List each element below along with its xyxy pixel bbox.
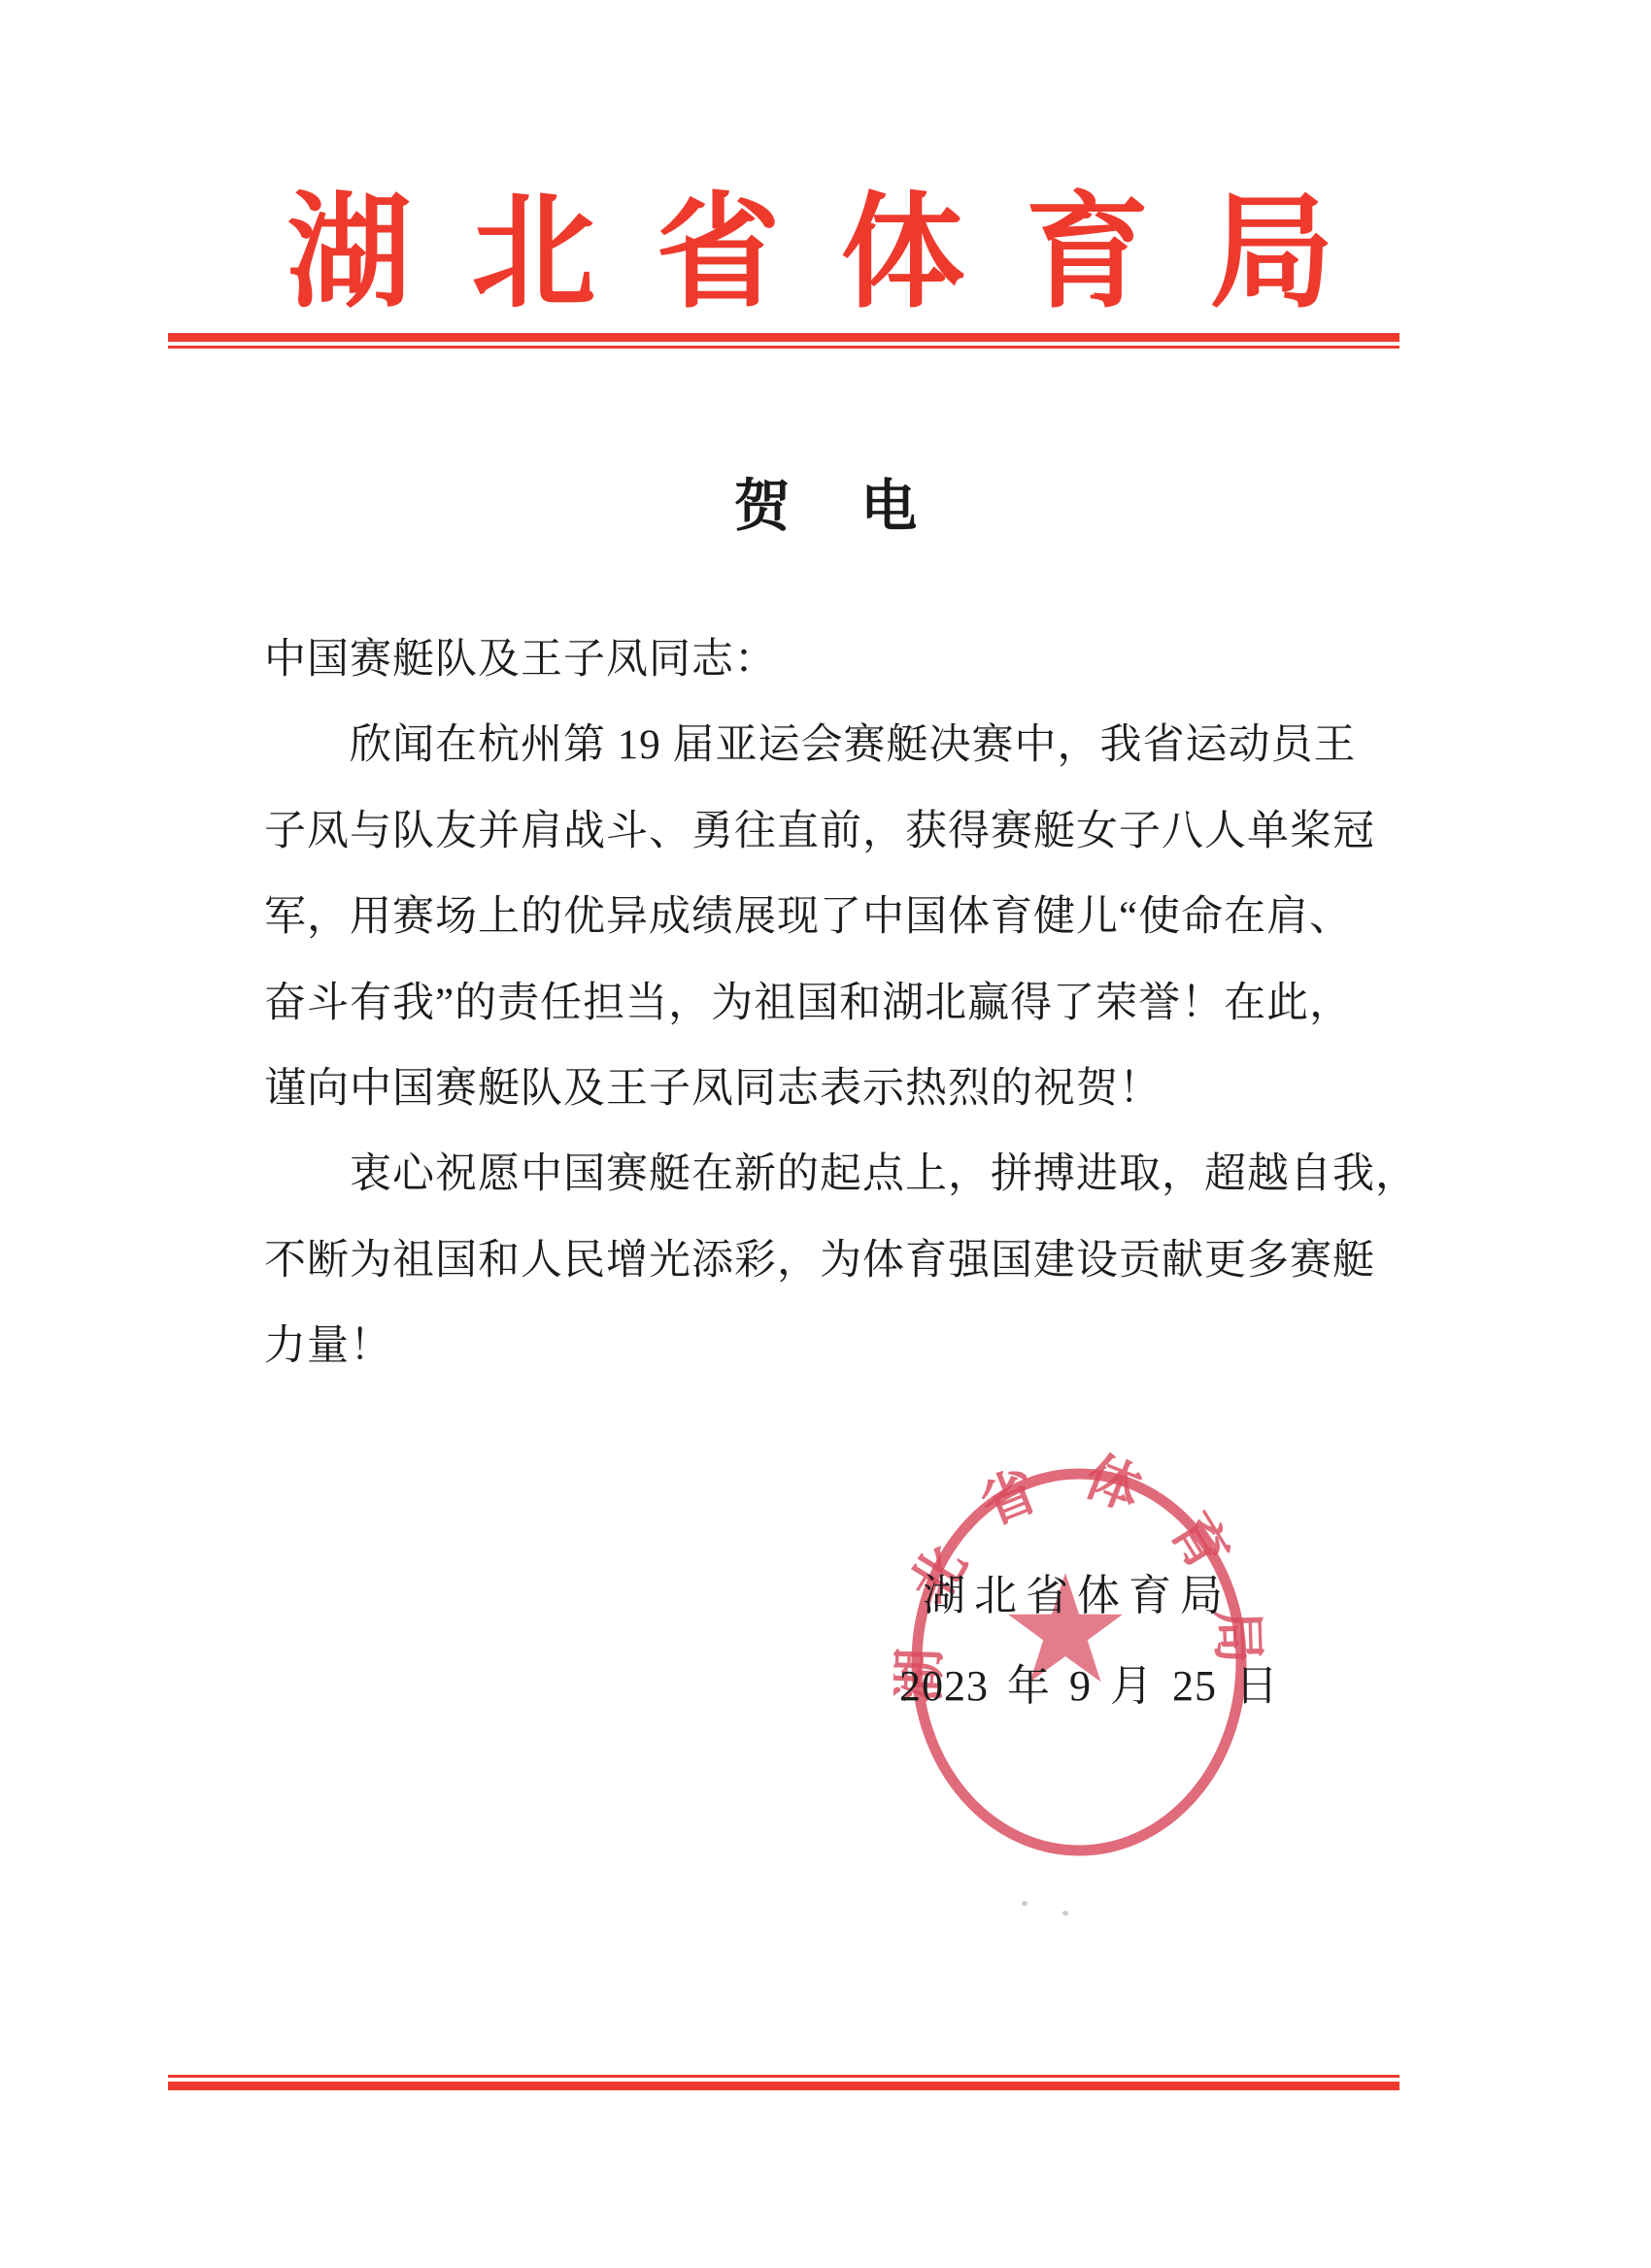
bottom-rule-thin bbox=[168, 2075, 1399, 2078]
letter-document: { "colors": { "accent_red": "#ee3a2d", "… bbox=[0, 0, 1651, 2268]
body-line: 衷心祝愿中国赛艇在新的起点上，拼搏进取，超越自我， bbox=[264, 1132, 1410, 1217]
letterhead-org-name: 湖北省体育局 bbox=[0, 186, 1651, 320]
body-line: 欣闻在杭州第 19 届亚运会赛艇决赛中，我省运动员王 bbox=[264, 703, 1410, 788]
signature-org: 湖北省体育局 bbox=[923, 1560, 1231, 1622]
top-rule-thin bbox=[168, 346, 1399, 349]
body-line: 谨向中国赛艇队及王子凤同志表示热烈的祝贺！ bbox=[264, 1047, 1410, 1132]
body-line: 军，用赛场上的优异成绩展现了中国体育健儿“使命在肩、 bbox=[264, 875, 1410, 960]
signature-date: 2023 年 9 月 25 日 bbox=[899, 1651, 1279, 1713]
bottom-rule-thick bbox=[168, 2082, 1399, 2090]
body-text: 中国赛艇队及王子凤同志： 欣闻在杭州第 19 届亚运会赛艇决赛中，我省运动员王 … bbox=[264, 617, 1410, 1390]
scan-speckle bbox=[1022, 1901, 1028, 1906]
body-line: 奋斗有我”的责任担当，为祖国和湖北赢得了荣誉！在此， bbox=[264, 961, 1410, 1047]
document-title: 贺 电 bbox=[0, 460, 1651, 542]
body-line: 子凤与队友并肩战斗、勇往直前，获得赛艇女子八人单桨冠 bbox=[264, 789, 1410, 875]
body-line: 力量！ bbox=[264, 1304, 1410, 1389]
scan-speckle bbox=[1062, 1911, 1068, 1916]
body-line-salutation: 中国赛艇队及王子凤同志： bbox=[264, 617, 1410, 703]
top-rule-thick bbox=[168, 333, 1399, 342]
body-line: 不断为祖国和人民增光添彩，为体育强国建设贡献更多赛艇 bbox=[264, 1218, 1410, 1304]
